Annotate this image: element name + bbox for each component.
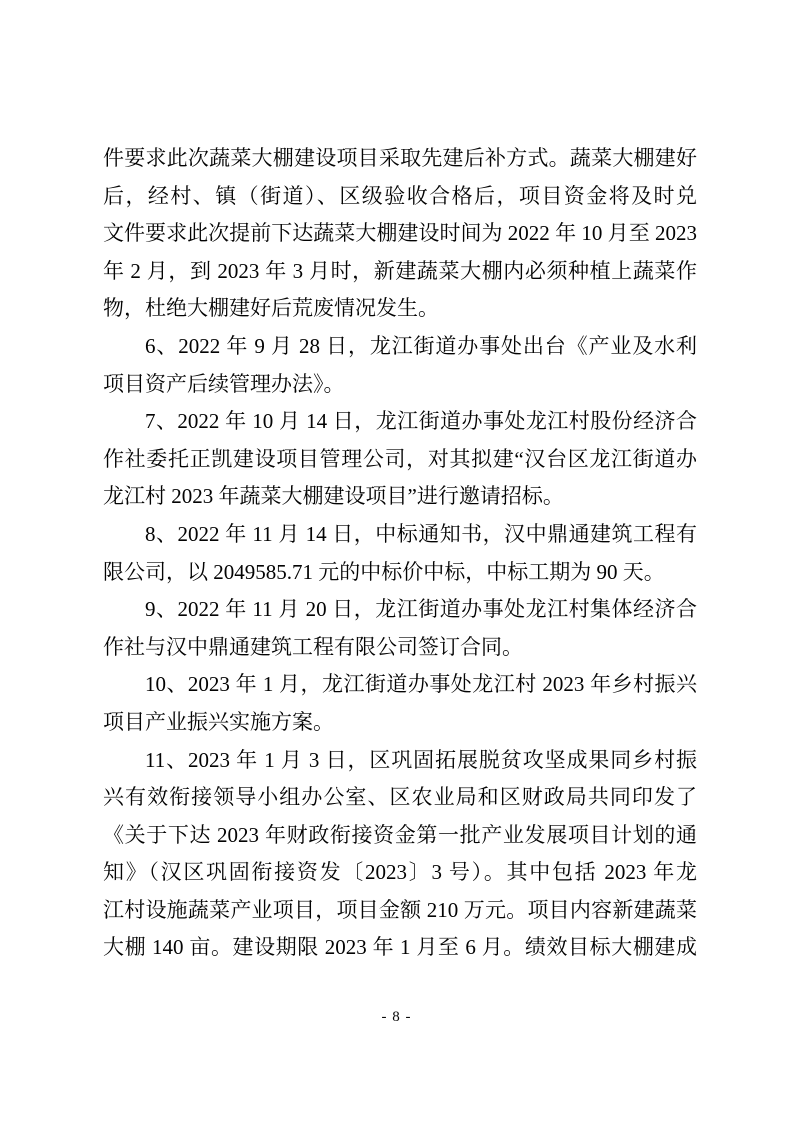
- text-line: 项目资产后续管理办法》。: [103, 366, 697, 404]
- text-line: 后，经村、镇（街道）、区级验收合格后，项目资金将及时兑付。: [103, 178, 697, 216]
- paragraph-item-10: 10、2023 年 1 月，龙江街道办事处龙江村 2023 年乡村振兴 项目产业…: [103, 666, 697, 741]
- text-line: 作社委托正凯建设项目管理公司，对其拟建“汉台区龙江街道办: [103, 441, 697, 479]
- text-line: 6、2022 年 9 月 28 日，龙江街道办事处出台《产业及水利: [103, 328, 697, 366]
- document-body: 件要求此次蔬菜大棚建设项目采取先建后补方式。蔬菜大棚建好 后，经村、镇（街道）、…: [103, 140, 697, 967]
- text-line: 年 2 月，到 2023 年 3 月时，新建蔬菜大棚内必须种植上蔬菜作: [103, 253, 697, 291]
- text-line: 大棚 140 亩。建设期限 2023 年 1 月至 6 月。绩效目标大棚建成: [103, 929, 697, 967]
- paragraph-item-9: 9、2022 年 11 月 20 日，龙江街道办事处龙江村集体经济合 作社与汉中…: [103, 591, 697, 666]
- page-number: - 8 -: [382, 1009, 412, 1025]
- text-line: 8、2022 年 11 月 14 日，中标通知书，汉中鼎通建筑工程有: [103, 516, 697, 554]
- text-line: 物，杜绝大棚建好后荒废情况发生。: [103, 290, 697, 328]
- text-line: 文件要求此次提前下达蔬菜大棚建设时间为 2022 年 10 月至 2023: [103, 215, 697, 253]
- text-line: 9、2022 年 11 月 20 日，龙江街道办事处龙江村集体经济合: [103, 591, 697, 629]
- text-line: 龙江村 2023 年蔬菜大棚建设项目”进行邀请招标。: [103, 478, 697, 516]
- paragraph-continuation: 件要求此次蔬菜大棚建设项目采取先建后补方式。蔬菜大棚建好 后，经村、镇（街道）、…: [103, 140, 697, 328]
- text-line: 10、2023 年 1 月，龙江街道办事处龙江村 2023 年乡村振兴: [103, 666, 697, 704]
- text-line: 兴有效衔接领导小组办公室、区农业局和区财政局共同印发了: [103, 779, 697, 817]
- paragraph-item-6: 6、2022 年 9 月 28 日，龙江街道办事处出台《产业及水利 项目资产后续…: [103, 328, 697, 403]
- text-line: 项目产业振兴实施方案。: [103, 704, 697, 742]
- page-footer: - 8 -: [0, 1006, 793, 1028]
- paragraph-item-8: 8、2022 年 11 月 14 日，中标通知书，汉中鼎通建筑工程有 限公司，以…: [103, 516, 697, 591]
- paragraph-item-7: 7、2022 年 10 月 14 日，龙江街道办事处龙江村股份经济合 作社委托正…: [103, 403, 697, 516]
- paragraph-item-11: 11、2023 年 1 月 3 日，区巩固拓展脱贫攻坚成果同乡村振 兴有效衔接领…: [103, 742, 697, 968]
- text-line: 作社与汉中鼎通建筑工程有限公司签订合同。: [103, 629, 697, 667]
- text-line: 7、2022 年 10 月 14 日，龙江街道办事处龙江村股份经济合: [103, 403, 697, 441]
- text-line: 知》（汉区巩固衔接资发〔2023〕3 号）。其中包括 2023 年龙: [103, 854, 697, 892]
- document-page: 件要求此次蔬菜大棚建设项目采取先建后补方式。蔬菜大棚建好 后，经村、镇（街道）、…: [0, 0, 793, 1122]
- text-line: 限公司，以 2049585.71 元的中标价中标，中标工期为 90 天。: [103, 554, 697, 592]
- text-line: 江村设施蔬菜产业项目，项目金额 210 万元。项目内容新建蔬菜: [103, 892, 697, 930]
- text-line: 《关于下达 2023 年财政衔接资金第一批产业发展项目计划的通: [103, 817, 697, 855]
- text-line: 11、2023 年 1 月 3 日，区巩固拓展脱贫攻坚成果同乡村振: [103, 742, 697, 780]
- text-line: 件要求此次蔬菜大棚建设项目采取先建后补方式。蔬菜大棚建好: [103, 140, 697, 178]
